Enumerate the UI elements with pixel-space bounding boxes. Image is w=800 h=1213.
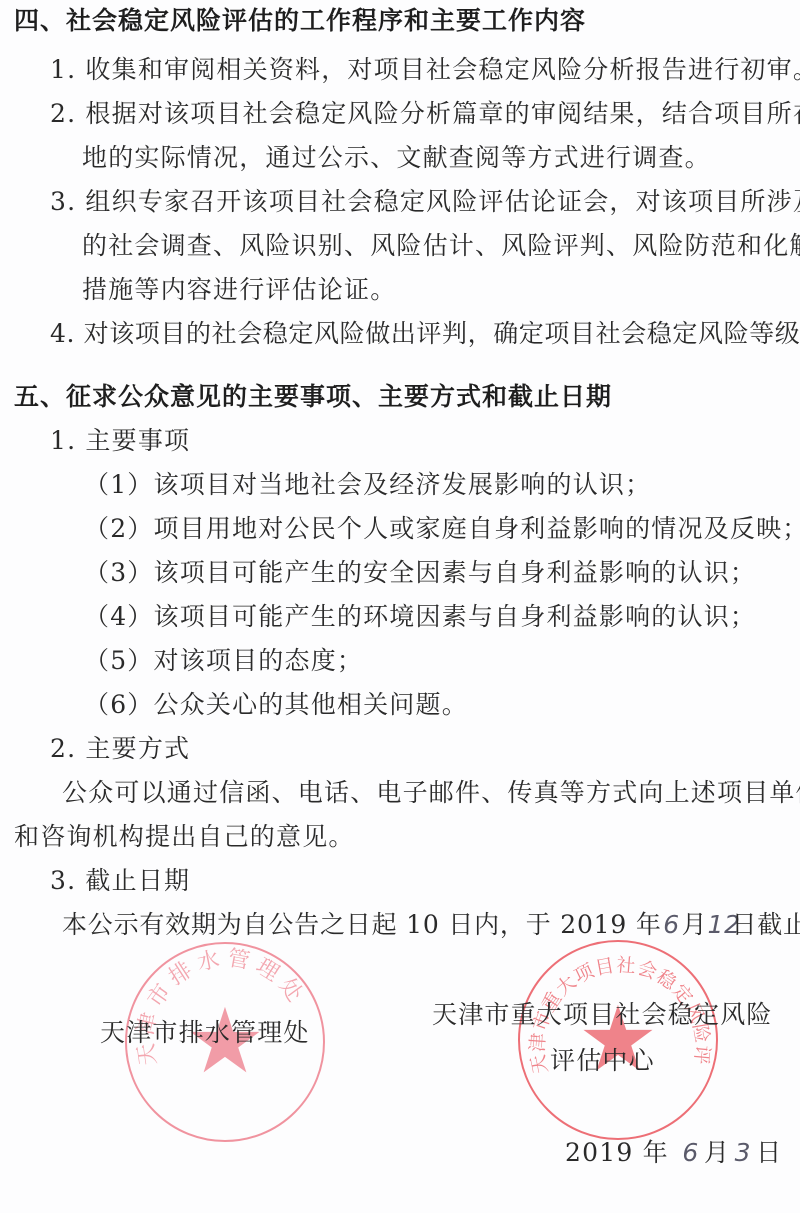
section-4-item-2: 2. 根据对该项目社会稳定风险分析篇章的审阅结果，结合项目所在 [50,99,800,129]
item-number: 4. [50,319,75,349]
official-seal-right: 天津市重大项目社会稳定风险评估中心 ★ [518,940,718,1140]
matter-item-4: （4）该项目可能产生的环境因素与自身利益影响的认识； [84,602,756,632]
item-text: 收集和审阅相关资料，对项目社会稳定风险分析报告进行初审。 [85,55,800,84]
section-5-heading: 五、征求公众意见的主要事项、主要方式和截止日期 [14,382,612,412]
signatory-drainage-office: 天津市排水管理处 [100,1018,310,1048]
section-4-item-1: 1. 收集和审阅相关资料，对项目社会稳定风险分析报告进行初审。 [50,55,800,85]
item-number: 1. [50,55,76,85]
handwritten-date-month: 6 [678,1138,704,1168]
deadline-text: 本公示有效期为自公告之日起 10 日内，于 2019 年6月12日截止。 [62,910,800,940]
matter-item-2: （2）项目用地对公民个人或家庭自身利益影响的情况及反映； [84,514,800,544]
subsection-main-items: 1. 主要事项 [50,426,190,456]
section-4-item-4: 4. 对该项目的社会稳定风险做出评判，确定项目社会稳定风险等级。 [50,319,800,349]
document-page: 四、社会稳定风险评估的工作程序和主要工作内容 1. 收集和审阅相关资料，对项目社… [0,0,800,1213]
item-text: 组织专家召开该项目社会稳定风险评估论证会，对该项目所涉及 [85,187,800,216]
item-text: 根据对该项目社会稳定风险分析篇章的审阅结果，结合项目所在 [85,99,800,128]
methods-text-line-2: 和咨询机构提出自己的意见。 [14,822,355,852]
subsection-main-methods: 2. 主要方式 [50,734,190,764]
date-month-unit: 月 [704,1138,730,1167]
subsection-label: 主要方式 [85,734,190,763]
subsection-label: 主要事项 [85,426,190,455]
subsection-deadline: 3. 截止日期 [50,866,190,896]
methods-text-line-1: 公众可以通过信函、电话、电子邮件、传真等方式向上述项目单位 [62,778,800,808]
deadline-text-after: 日截止。 [731,910,800,939]
item-text: 对该项目的社会稳定风险做出评判，确定项目社会稳定风险等级。 [84,319,800,348]
signature-date: 2019 年 6月3日 [565,1138,782,1168]
matter-item-1: （1）该项目对当地社会及经济发展影响的认识； [84,470,651,500]
section-4-item-3: 3. 组织专家召开该项目社会稳定风险评估论证会，对该项目所涉及 [50,187,800,217]
signatory-risk-center-line-2: 评估中心 [550,1046,655,1076]
deadline-text-before: 本公示有效期为自公告之日起 10 日内，于 2019 年 [62,910,662,939]
section-4-heading: 四、社会稳定风险评估的工作程序和主要工作内容 [14,6,586,36]
item-number: 1. [50,426,76,456]
item-number: 2. [50,99,76,129]
matter-item-3: （3）该项目可能产生的安全因素与自身利益影响的认识； [84,558,756,588]
date-year: 2019 年 [565,1138,669,1167]
section-4-item-3-cont-2: 措施等内容进行评估论证。 [82,275,396,305]
handwritten-date-day: 3 [730,1138,756,1168]
item-number: 2. [50,734,76,764]
item-number: 3. [50,187,76,217]
handwritten-day: 12 [707,910,731,940]
item-number: 3. [50,866,76,896]
matter-item-5: （5）对该项目的态度； [84,646,363,676]
subsection-label: 截止日期 [85,866,190,895]
handwritten-month: 6 [662,910,682,940]
section-4-item-2-cont: 地的实际情况，通过公示、文献查阅等方式进行调查。 [82,143,711,173]
section-4-item-3-cont-1: 的社会调查、风险识别、风险估计、风险评判、风险防范和化解 [82,231,800,261]
matter-item-6: （6）公众关心的其他相关问题。 [84,690,468,720]
month-unit: 月 [682,910,708,939]
signatory-risk-center-line-1: 天津市重大项目社会稳定风险 [432,1000,773,1030]
date-day-unit: 日 [756,1138,782,1167]
